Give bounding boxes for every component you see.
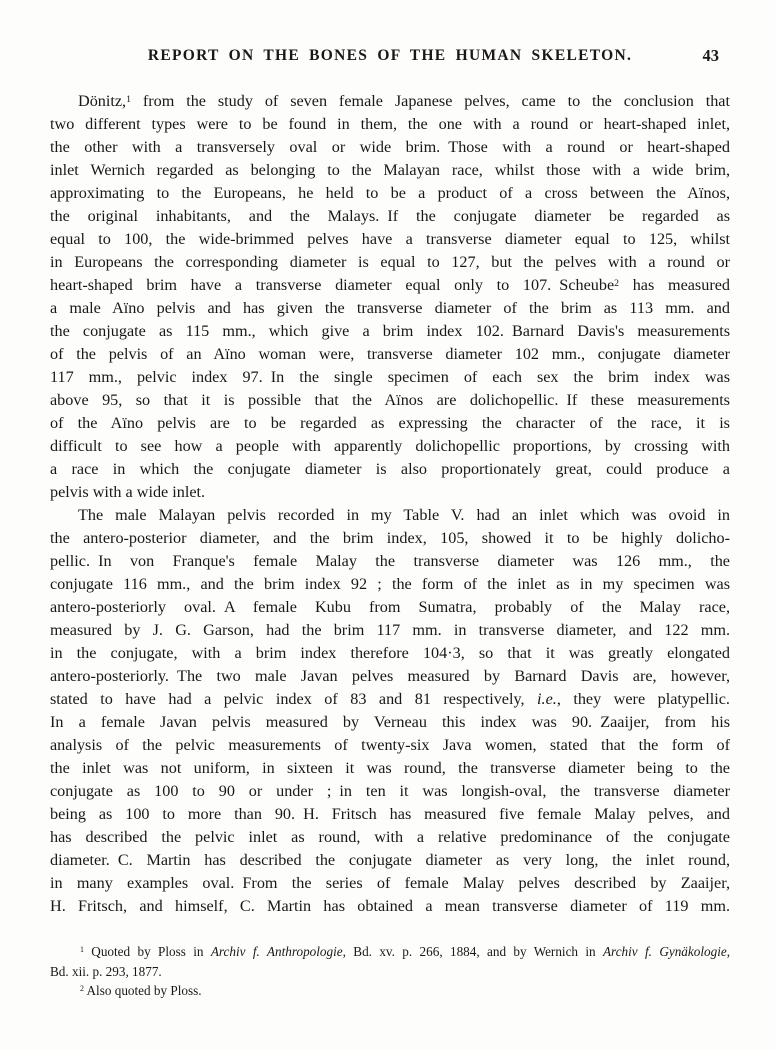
text-line: pelvis with a wide inlet. xyxy=(50,481,730,504)
italic-text: Archiv f. Gynäkologie xyxy=(603,944,727,959)
text-line: two different types were to be found in … xyxy=(50,113,730,136)
text-line: a male Aïno pelvis and has given the tra… xyxy=(50,297,730,320)
text-line: in Europeans the corresponding diameter … xyxy=(50,251,730,274)
text-line: analysis of the pelvic measurements of t… xyxy=(50,734,730,757)
text-line: above 95, so that it is possible that th… xyxy=(50,389,730,412)
footnote-marker: 1 xyxy=(80,945,84,954)
page-header: REPORT ON THE BONES OF THE HUMAN SKELETO… xyxy=(50,46,730,66)
text-line: 117 mm., pelvic index 97. In the single … xyxy=(50,366,730,389)
footnote-marker: 2 xyxy=(614,278,619,289)
text-line: a race in which the conjugate diameter i… xyxy=(50,458,730,481)
text-line: conjugate as 100 to 90 or under ; in ten… xyxy=(50,780,730,803)
paragraph: The male Malayan pelvis recorded in my T… xyxy=(50,504,730,918)
footnote-marker: 1 xyxy=(126,94,131,105)
footnote-marker: 2 xyxy=(80,984,84,993)
text-line: in the conjugate, with a brim index ther… xyxy=(50,642,730,665)
text-line: in many examples oval. From the series o… xyxy=(50,872,730,895)
footnote-line: Bd. xii. p. 293, 1877. xyxy=(50,962,730,982)
text-line: Dönitz,1 from the study of seven female … xyxy=(50,90,730,113)
book-page: REPORT ON THE BONES OF THE HUMAN SKELETO… xyxy=(0,0,776,1050)
text-line: In a female Javan pelvis measured by Ver… xyxy=(50,711,730,734)
text-line: the antero-posterior diameter, and the b… xyxy=(50,527,730,550)
text-line: The male Malayan pelvis recorded in my T… xyxy=(50,504,730,527)
text-line: equal to 100, the wide-brimmed pelves ha… xyxy=(50,228,730,251)
body-text: Dönitz,1 from the study of seven female … xyxy=(50,90,730,918)
text-line: being as 100 to more than 90. H. Fritsch… xyxy=(50,803,730,826)
footnote-line: 1 Quoted by Ploss in Archiv f. Anthropol… xyxy=(50,942,730,962)
text-line: antero-posteriorly. The two male Javan p… xyxy=(50,665,730,688)
page-number: 43 xyxy=(703,46,720,66)
italic-text: i.e. xyxy=(537,690,557,708)
text-line: approximating to the Europeans, he held … xyxy=(50,182,730,205)
text-line: the other with a transversely oval or wi… xyxy=(50,136,730,159)
text-line: diameter. C. Martin has described the co… xyxy=(50,849,730,872)
running-title: REPORT ON THE BONES OF THE HUMAN SKELETO… xyxy=(148,47,632,64)
text-line: H. Fritsch, and himself, C. Martin has o… xyxy=(50,895,730,918)
text-line: conjugate 116 mm., and the brim index 92… xyxy=(50,573,730,596)
footnotes: 1 Quoted by Ploss in Archiv f. Anthropol… xyxy=(50,942,730,1001)
text-line: has described the pelvic inlet as round,… xyxy=(50,826,730,849)
italic-text: Archiv f. Anthropologie xyxy=(211,944,343,959)
text-line: the conjugate as 115 mm., which give a b… xyxy=(50,320,730,343)
text-line: the inlet was not uniform, in sixteen it… xyxy=(50,757,730,780)
text-line: antero-posteriorly oval. A female Kubu f… xyxy=(50,596,730,619)
text-line: of the pelvis of an Aïno woman were, tra… xyxy=(50,343,730,366)
text-line: inlet Wernich regarded as belonging to t… xyxy=(50,159,730,182)
text-line: stated to have had a pelvic index of 83 … xyxy=(50,688,730,711)
paragraph: Dönitz,1 from the study of seven female … xyxy=(50,90,730,504)
text-line: measured by J. G. Garson, had the brim 1… xyxy=(50,619,730,642)
text-line: pellic. In von Franque's female Malay th… xyxy=(50,550,730,573)
text-line: difficult to see how a people with appar… xyxy=(50,435,730,458)
text-line: the original inhabitants, and the Malays… xyxy=(50,205,730,228)
text-line: of the Aïno pelvis are to be regarded as… xyxy=(50,412,730,435)
text-line: heart-shaped brim have a transverse diam… xyxy=(50,274,730,297)
footnote-line: 2 Also quoted by Ploss. xyxy=(50,981,730,1001)
